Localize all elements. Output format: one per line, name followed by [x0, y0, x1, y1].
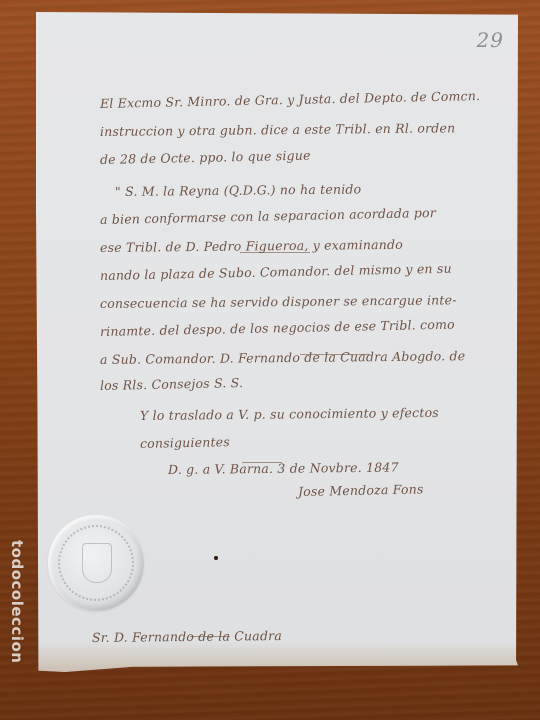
ink-underline: [300, 354, 370, 355]
handwritten-line: Jose Mendoza Fons: [298, 481, 424, 499]
folio-number: 29: [477, 28, 504, 52]
ink-underline: [242, 462, 282, 463]
embossed-seal: [48, 515, 144, 611]
ink-underline: [190, 636, 230, 637]
handwritten-line: los Rls. Consejos S. S.: [100, 375, 243, 393]
handwritten-line: Sr. D. Fernando de la Cuadra: [92, 628, 282, 645]
ink-underline: [240, 252, 310, 253]
watermark-todocoleccion: todocoleccion: [8, 540, 26, 663]
handwritten-line: D. g. a V. Barna. 3 de Novbre. 1847: [168, 460, 399, 477]
handwritten-line: " S. M. la Reyna (Q.D.G.) no ha tenido: [115, 181, 361, 199]
ink-dot: [214, 556, 218, 560]
handwritten-line: Y lo traslado a V. p. su conocimiento y …: [140, 405, 439, 423]
handwritten-line: consiguientes: [140, 434, 230, 451]
